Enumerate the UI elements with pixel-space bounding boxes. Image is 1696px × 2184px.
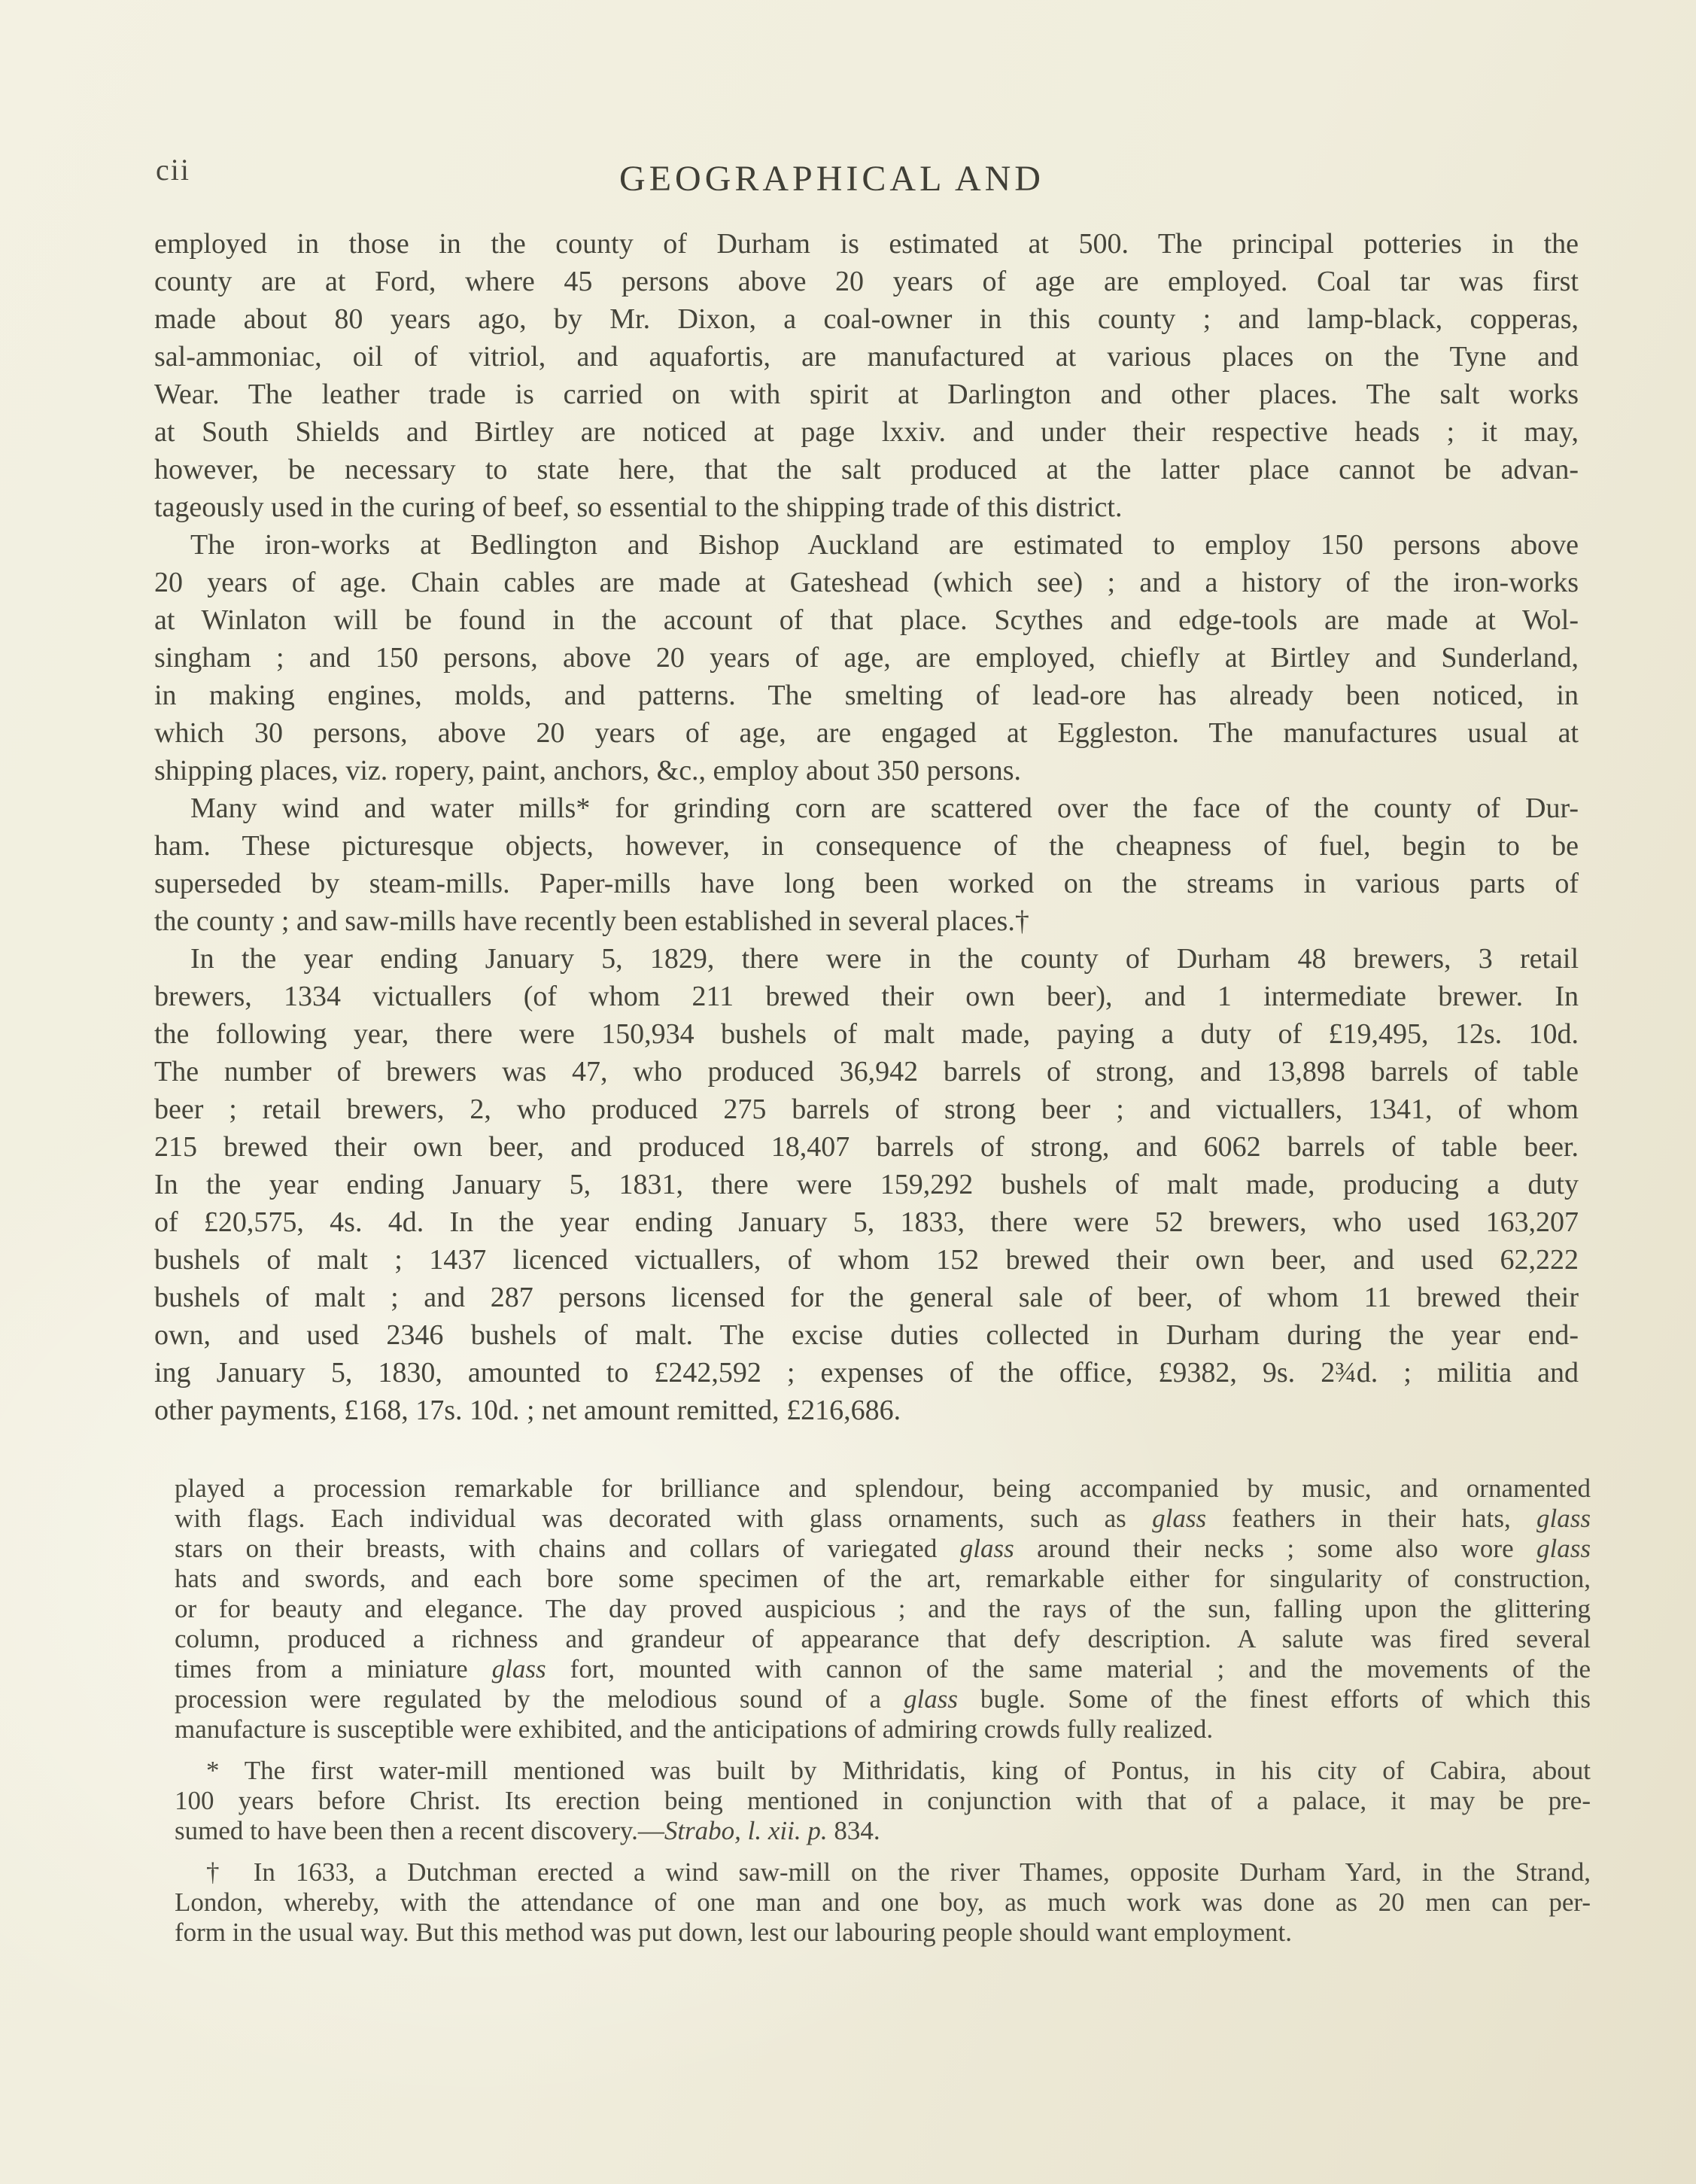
text-segment: the following year, there were 150,934 b… [154,1018,1579,1050]
text-line: ing January 5, 1830, amounted to £242,59… [154,1354,1579,1392]
text-segment: 100 years before Christ. Its erection be… [175,1786,1591,1815]
text-line: tageously used in the curing of beef, so… [154,488,1579,526]
paragraph-mills: Many wind and water mills* for grinding … [154,789,1579,940]
text-segment: feathers in their hats, [1206,1504,1536,1533]
text-line: ham. These picturesque objects, however,… [154,827,1579,865]
text-line: column, produced a richness and grandeur… [175,1624,1591,1654]
text-segment: of £20,575, 4s. 4d. In the year ending J… [154,1206,1579,1238]
text-segment: In the year ending January 5, 1829, ther… [190,943,1579,975]
text-segment: in making engines, molds, and patterns. … [154,680,1579,711]
text-line: beer ; retail brewers, 2, who produced 2… [154,1090,1579,1128]
italic-text-segment: glass [904,1684,958,1714]
text-segment: tageously used in the curing of beef, so… [154,491,1122,523]
italic-text-segment: glass [960,1534,1014,1563]
text-line: brewers, 1334 victuallers (of whom 211 b… [154,978,1579,1015]
text-line: or for beauty and elegance. The day prov… [175,1594,1591,1624]
text-segment: Many wind and water mills* for grinding … [190,792,1579,824]
text-line: manufacture is susceptible were exhibite… [175,1714,1591,1744]
text-segment: Wear. The leather trade is carried on wi… [154,379,1579,410]
text-line: singham ; and 150 persons, above 20 year… [154,639,1579,677]
text-segment: In the year ending January 5, 1831, ther… [154,1169,1579,1200]
text-segment: The number of brewers was 47, who produc… [154,1056,1579,1087]
footnote-dagger-saw-mill: † In 1633, a Dutchman erected a wind saw… [175,1857,1591,1948]
text-segment: sumed to have been then a recent discove… [175,1816,664,1845]
text-segment: sal-ammoniac, oil of vitriol, and aquafo… [154,341,1579,373]
text-line: London, whereby, with the attendance of … [175,1887,1591,1918]
scanned-book-page: cii GEOGRAPHICAL AND employed in those i… [0,0,1696,2184]
text-segment: at Winlaton will be found in the account… [154,604,1579,636]
text-segment: shipping places, viz. ropery, paint, anc… [154,755,1021,786]
text-segment: however, be necessary to state here, tha… [154,454,1579,485]
text-line: the following year, there were 150,934 b… [154,1015,1579,1053]
text-line: shipping places, viz. ropery, paint, anc… [154,752,1579,789]
text-segment: at South Shields and Birtley are noticed… [154,416,1579,448]
text-segment: or for beauty and elegance. The day prov… [175,1594,1591,1623]
text-line: employed in those in the county of Durha… [154,225,1579,263]
text-line: at South Shields and Birtley are noticed… [154,413,1579,451]
text-segment: † In 1633, a Dutchman erected a wind saw… [206,1857,1591,1887]
text-line: In the year ending January 5, 1829, ther… [154,940,1579,978]
footnote-star-water-mill: * The first water-mill mentioned was bui… [175,1756,1591,1846]
text-line: form in the usual way. But this method w… [175,1918,1591,1948]
text-line: 20 years of age. Chain cables are made a… [154,564,1579,601]
italic-text-segment: glass [1536,1504,1591,1533]
text-segment: played a procession remarkable for brill… [175,1474,1591,1503]
text-line: In the year ending January 5, 1831, ther… [154,1166,1579,1203]
text-segment: around their necks ; some also wore [1014,1534,1536,1563]
text-line: Wear. The leather trade is carried on wi… [154,376,1579,413]
text-segment: ing January 5, 1830, amounted to £242,59… [154,1357,1579,1389]
text-segment: procession were regulated by the melodio… [175,1684,904,1714]
italic-text-segment: Strabo, l. xii. p. [664,1816,828,1845]
text-segment: beer ; retail brewers, 2, who produced 2… [154,1094,1579,1125]
paragraph-brewers-excise: In the year ending January 5, 1829, ther… [154,940,1579,1429]
text-line: made about 80 years ago, by Mr. Dixon, a… [154,300,1579,338]
text-segment: The iron-works at Bedlington and Bishop … [190,529,1579,561]
text-line: sumed to have been then a recent discove… [175,1816,1591,1846]
text-segment: superseded by steam-mills. Paper-mills h… [154,868,1579,899]
text-line: bushels of malt ; and 287 persons licens… [154,1279,1579,1316]
text-line: † In 1633, a Dutchman erected a wind saw… [175,1857,1591,1887]
text-line: Many wind and water mills* for grinding … [154,789,1579,827]
text-segment: form in the usual way. But this method w… [175,1918,1292,1947]
text-segment: manufacture is susceptible were exhibite… [175,1714,1213,1744]
text-segment: bushels of malt ; 1437 licenced victuall… [154,1244,1579,1276]
text-line: * The first water-mill mentioned was bui… [175,1756,1591,1786]
text-line: with flags. Each individual was decorate… [175,1504,1591,1534]
text-line: however, be necessary to state here, tha… [154,451,1579,488]
footnote-continuation-glass-procession: played a procession remarkable for brill… [175,1474,1591,1744]
text-line: bushels of malt ; 1437 licenced victuall… [154,1241,1579,1279]
text-line: 100 years before Christ. Its erection be… [175,1786,1591,1816]
text-segment: fort, mounted with cannon of the same ma… [546,1654,1591,1684]
italic-text-segment: glass [1536,1534,1591,1563]
text-line: The iron-works at Bedlington and Bishop … [154,526,1579,564]
text-segment: other payments, £168, 17s. 10d. ; net am… [154,1395,901,1426]
text-segment: brewers, 1334 victuallers (of whom 211 b… [154,981,1579,1012]
text-segment: 20 years of age. Chain cables are made a… [154,567,1579,598]
running-title: GEOGRAPHICAL AND [120,158,1544,199]
text-line: procession were regulated by the melodio… [175,1684,1591,1714]
text-segment: ham. These picturesque objects, however,… [154,830,1579,862]
running-head: cii GEOGRAPHICAL AND [154,148,1579,215]
text-segment: singham ; and 150 persons, above 20 year… [154,642,1579,674]
paragraph-iron-works: The iron-works at Bedlington and Bishop … [154,526,1579,789]
text-line: stars on their breasts, with chains and … [175,1534,1591,1564]
text-line: the county ; and saw-mills have recently… [154,902,1579,940]
main-text: employed in those in the county of Durha… [154,225,1579,1429]
text-line: other payments, £168, 17s. 10d. ; net am… [154,1392,1579,1429]
text-line: The number of brewers was 47, who produc… [154,1053,1579,1090]
text-segment: the county ; and saw-mills have recently… [154,905,1029,937]
text-line: 215 brewed their own beer, and produced … [154,1128,1579,1166]
text-line: times from a miniature glass fort, mount… [175,1654,1591,1684]
text-segment: stars on their breasts, with chains and … [175,1534,960,1563]
text-line: hats and swords, and each bore some spec… [175,1564,1591,1594]
text-segment: bugle. Some of the finest efforts of whi… [958,1684,1591,1714]
text-segment: column, produced a richness and grandeur… [175,1624,1591,1653]
text-segment: county are at Ford, where 45 persons abo… [154,266,1579,297]
text-segment: employed in those in the county of Durha… [154,228,1579,260]
text-line: played a procession remarkable for brill… [175,1474,1591,1504]
text-segment: hats and swords, and each bore some spec… [175,1564,1591,1593]
text-segment: bushels of malt ; and 287 persons licens… [154,1282,1579,1313]
text-line: own, and used 2346 bushels of malt. The … [154,1316,1579,1354]
text-line: county are at Ford, where 45 persons abo… [154,263,1579,300]
italic-text-segment: glass [492,1654,546,1684]
text-segment: * The first water-mill mentioned was bui… [206,1756,1591,1785]
text-line: which 30 persons, above 20 years of age,… [154,714,1579,752]
text-segment: made about 80 years ago, by Mr. Dixon, a… [154,303,1579,335]
text-line: superseded by steam-mills. Paper-mills h… [154,865,1579,902]
text-segment: 215 brewed their own beer, and produced … [154,1131,1579,1163]
text-segment: times from a miniature [175,1654,492,1684]
text-segment: with flags. Each individual was decorate… [175,1504,1152,1533]
text-segment: 834. [828,1816,880,1845]
italic-text-segment: glass [1152,1504,1206,1533]
text-line: of £20,575, 4s. 4d. In the year ending J… [154,1203,1579,1241]
text-segment: London, whereby, with the attendance of … [175,1887,1591,1917]
text-segment: own, and used 2346 bushels of malt. The … [154,1319,1579,1351]
footnotes: played a procession remarkable for brill… [175,1474,1591,1948]
paragraph-potteries-salt: employed in those in the county of Durha… [154,225,1579,526]
text-line: at Winlaton will be found in the account… [154,601,1579,639]
text-segment: which 30 persons, above 20 years of age,… [154,717,1579,749]
text-line: sal-ammoniac, oil of vitriol, and aquafo… [154,338,1579,376]
text-line: in making engines, molds, and patterns. … [154,677,1579,714]
